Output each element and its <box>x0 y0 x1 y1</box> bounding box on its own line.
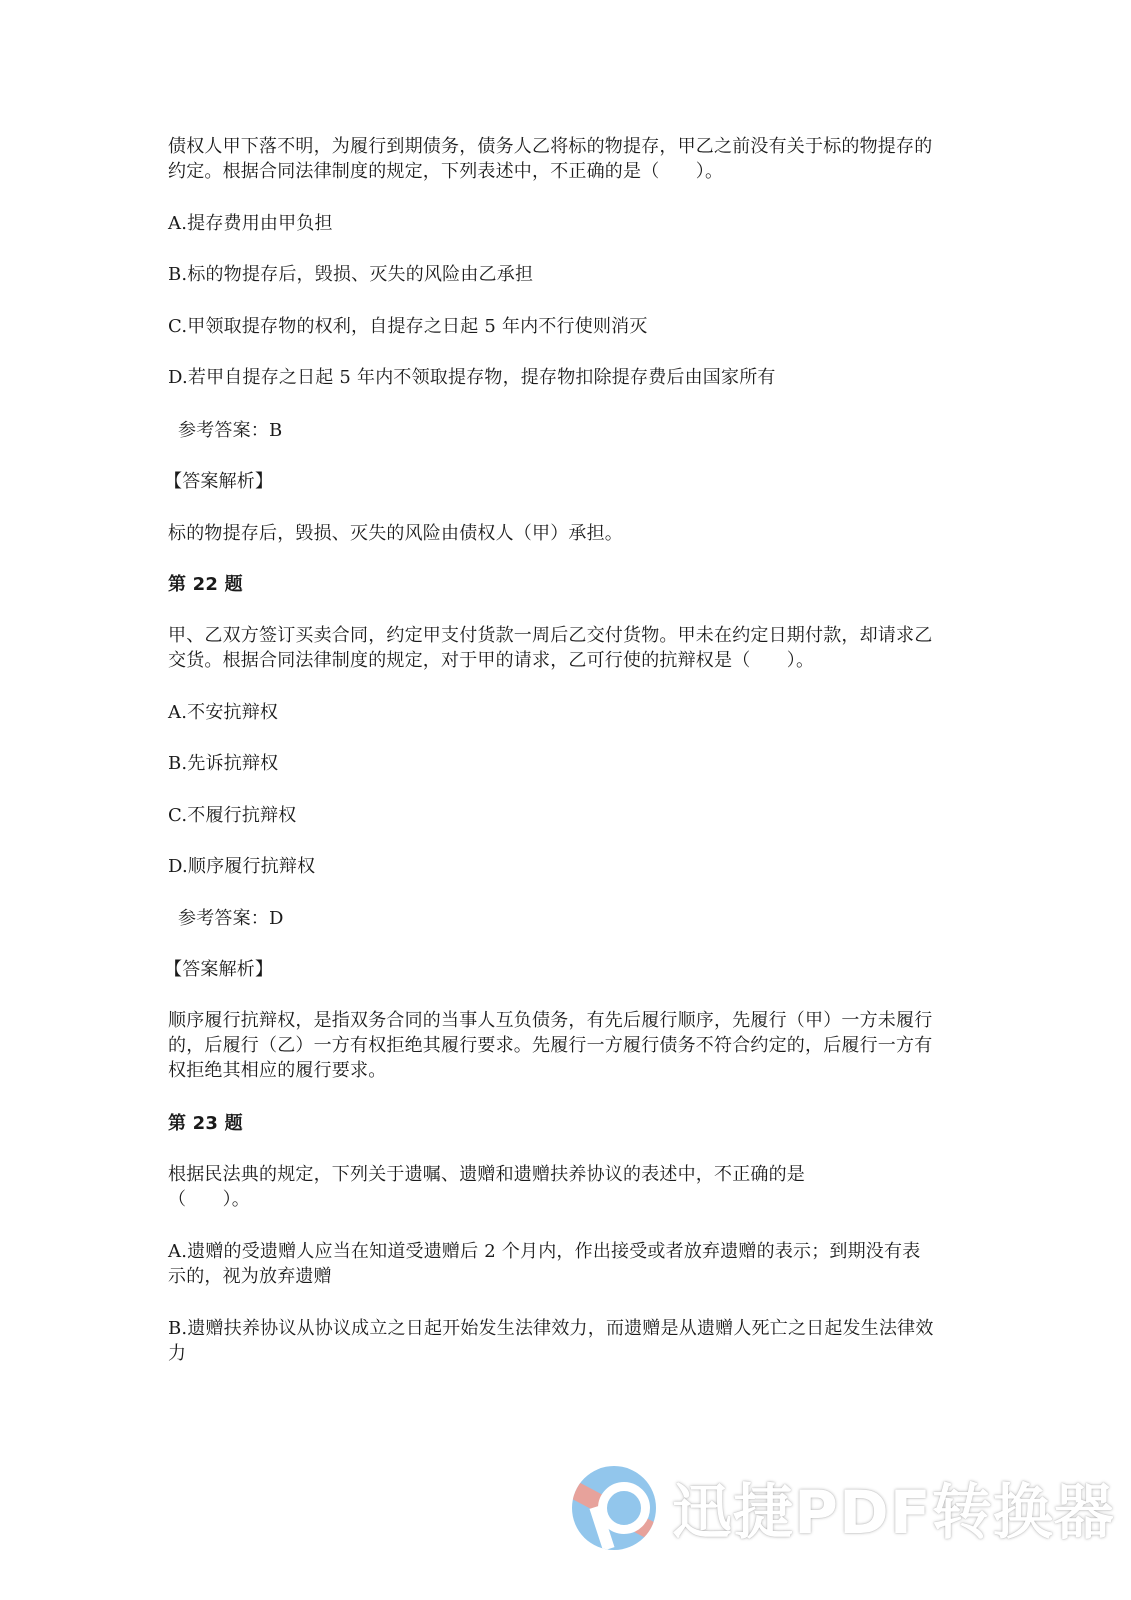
question-23-stem: 根据民法典的规定，下列关于遗嘱、遗赠和遗赠扶养协议的表述中，不正确的是 （ ）。 <box>168 1162 934 1212</box>
question-21-option-b: B.标的物提存后，毁损、灭失的风险由乙承担 <box>168 262 934 287</box>
question-21-option-c: C.甲领取提存物的权利，自提存之日起 5 年内不行使则消灭 <box>168 314 934 339</box>
watermark-text: 迅捷PDF转换器 <box>672 1465 1115 1551</box>
question-22-option-b: B.先诉抗辩权 <box>168 751 934 776</box>
question-22-answer: 参考答案：D <box>168 906 944 931</box>
question-22-stem: 甲、乙双方签订买卖合同，约定甲支付货款一周后乙交付货物。甲未在约定日期付款，却请… <box>168 623 934 673</box>
question-23-heading: 第 23 题 <box>168 1111 934 1136</box>
question-22-heading: 第 22 题 <box>168 572 934 597</box>
question-21-option-a: A.提存费用由甲负担 <box>168 211 934 236</box>
pdf-converter-logo-icon <box>572 1466 656 1550</box>
watermark: 迅捷PDF转换器 <box>572 1458 1115 1558</box>
question-22-analysis-label: 【答案解析】 <box>164 957 930 982</box>
question-21-analysis-label: 【答案解析】 <box>164 469 930 494</box>
question-21-stem: 债权人甲下落不明，为履行到期债务，债务人乙将标的物提存，甲乙之前没有关于标的物提… <box>168 134 934 184</box>
question-21-analysis: 标的物提存后，毁损、灭失的风险由债权人（甲）承担。 <box>168 521 934 546</box>
question-22-analysis: 顺序履行抗辩权，是指双务合同的当事人互负债务，有先后履行顺序，先履行（甲）一方未… <box>168 1008 934 1083</box>
question-22-option-a: A.不安抗辩权 <box>168 700 934 725</box>
question-23-option-b: B.遗赠扶养协议从协议成立之日起开始发生法律效力，而遗赠是从遗赠人死亡之日起发生… <box>168 1316 934 1366</box>
question-23-option-a: A.遗赠的受遗赠人应当在知道受遗赠后 2 个月内，作出接受或者放弃遗赠的表示；到… <box>168 1239 934 1289</box>
question-21-answer: 参考答案：B <box>168 418 944 443</box>
question-22-option-c: C.不履行抗辩权 <box>168 803 934 828</box>
question-22-option-d: D.顺序履行抗辩权 <box>168 854 934 879</box>
question-21-option-d: D.若甲自提存之日起 5 年内不领取提存物，提存物扣除提存费后由国家所有 <box>168 365 934 390</box>
